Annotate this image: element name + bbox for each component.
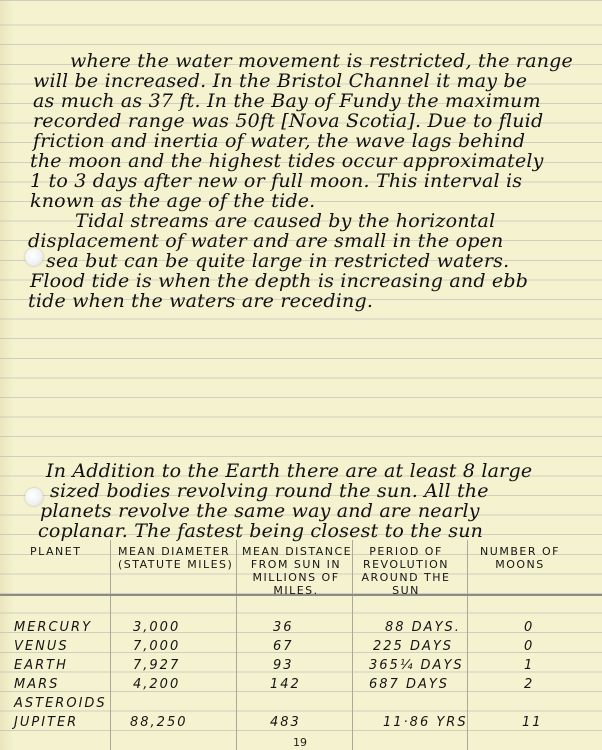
cell-period: 365¼ DAYS: [369, 658, 464, 673]
header-line: SUN: [356, 584, 456, 597]
text-line: sized bodies revolving round the sun. Al…: [50, 480, 489, 502]
header-line: FROM SUN IN: [242, 558, 350, 571]
cell-diameter: 88,250: [130, 715, 188, 730]
cell-distance: 67: [273, 639, 294, 654]
cell-period: 225 DAYS: [373, 639, 453, 654]
cell-planet: EARTH: [14, 658, 68, 673]
cell-diameter: 7,927: [133, 658, 180, 673]
text-line: the moon and the highest tides occur app…: [30, 150, 544, 172]
header-line: MOONS: [470, 558, 570, 571]
cell-period: 88 DAYS.: [385, 620, 461, 635]
page-number: 19: [293, 736, 307, 749]
text-line: where the water movement is restricted, …: [70, 50, 573, 72]
header-line: MILES.: [242, 584, 350, 597]
header-line: PERIOD OF: [356, 545, 456, 558]
cell-diameter: 3,000: [133, 620, 180, 635]
text-line: sea but can be quite large in restricted…: [46, 250, 509, 272]
header-line: NUMBER OF: [470, 545, 570, 558]
header-line: MEAN DISTANCE: [242, 545, 350, 558]
cell-moons: 0: [524, 620, 534, 635]
text-line: Tidal streams are caused by the horizont…: [75, 210, 495, 232]
text-line: as much as 37 ft. In the Bay of Fundy th…: [33, 90, 541, 112]
header-mean-diameter: MEAN DIAMETER (STATUTE MILES): [118, 545, 233, 571]
cell-planet: VENUS: [14, 639, 69, 654]
cell-distance: 36: [273, 620, 294, 635]
text-line: Flood tide is when the depth is increasi…: [30, 270, 528, 292]
header-line: (STATUTE MILES): [118, 558, 233, 571]
header-line: REVOLUTION: [356, 558, 456, 571]
text-line: recorded range was 50ft [Nova Scotia]. D…: [33, 110, 543, 132]
cell-planet: MARS: [14, 677, 59, 692]
cell-period: 687 DAYS: [369, 677, 449, 692]
cell-moons: 11: [522, 715, 543, 730]
header-mean-distance: MEAN DISTANCE FROM SUN IN MILLIONS OF MI…: [242, 545, 350, 597]
cell-distance: 93: [273, 658, 294, 673]
cell-distance: 483: [270, 715, 301, 730]
cell-diameter: 7,000: [133, 639, 180, 654]
cell-moons: 0: [524, 639, 534, 654]
column-divider: [352, 540, 353, 750]
text-line: 1 to 3 days after new or full moon. This…: [30, 170, 522, 192]
column-divider: [110, 540, 111, 750]
text-line: known as the age of the tide.: [30, 190, 315, 212]
header-line: MILLIONS OF: [242, 571, 350, 584]
cell-distance: 142: [270, 677, 301, 692]
text-line: friction and inertia of water, the wave …: [33, 130, 525, 152]
cell-period: 11·86 YRS: [383, 715, 468, 730]
header-planet: PLANET: [30, 545, 81, 558]
cell-diameter: 4,200: [133, 677, 180, 692]
header-line: AROUND THE: [356, 571, 456, 584]
text-line: will be increased. In the Bristol Channe…: [33, 70, 527, 92]
cell-moons: 1: [524, 658, 534, 673]
text-line: displacement of water and are small in t…: [28, 230, 503, 252]
notebook-page: where the water movement is restricted, …: [0, 0, 602, 750]
cell-planet: MERCURY: [14, 620, 92, 635]
header-line: MEAN DIAMETER: [118, 545, 233, 558]
text-line: planets revolve the same way and are nea…: [40, 500, 480, 522]
text-line: In Addition to the Earth there are at le…: [46, 460, 532, 482]
header-moons: NUMBER OF MOONS: [470, 545, 570, 571]
text-line: coplanar. The fastest being closest to t…: [38, 520, 483, 542]
header-period: PERIOD OF REVOLUTION AROUND THE SUN: [356, 545, 456, 597]
text-line: tide when the waters are receding.: [28, 290, 373, 312]
column-divider: [236, 540, 237, 750]
cell-planet: JUPITER: [14, 715, 78, 730]
cell-planet: ASTEROIDS: [14, 696, 107, 711]
cell-moons: 2: [524, 677, 534, 692]
